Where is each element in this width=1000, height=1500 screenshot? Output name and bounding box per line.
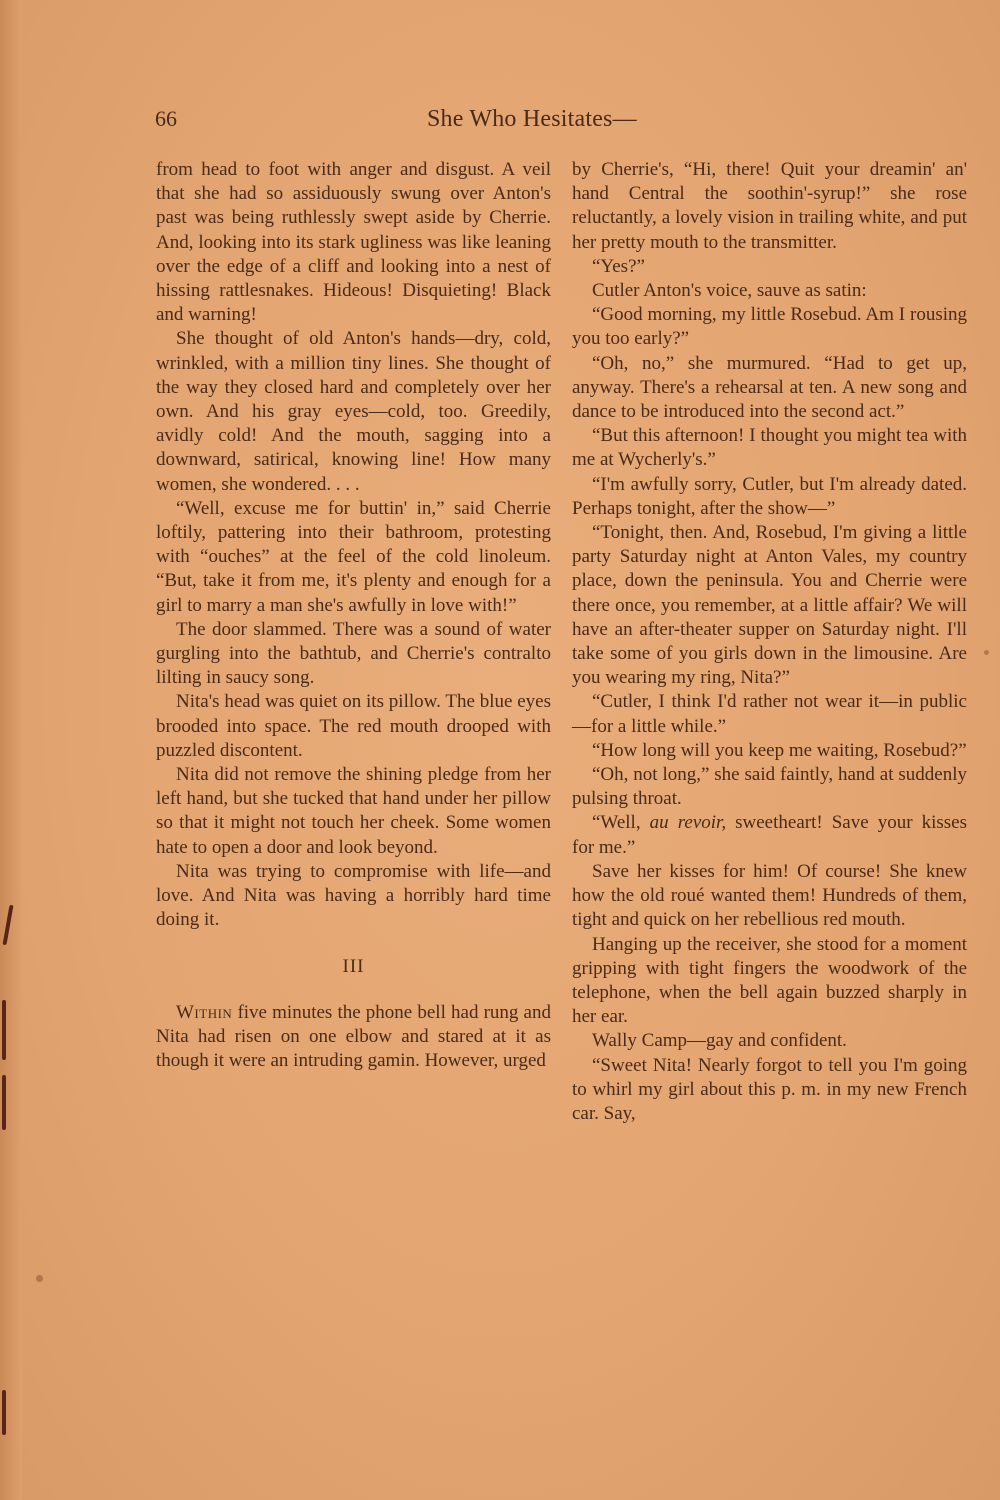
paragraph: “Well, excuse me for buttin' in,” said C…: [156, 497, 551, 618]
paragraph: “How long will you keep me waiting, Rose…: [572, 739, 967, 763]
binding-mark: [2, 905, 13, 945]
paragraph: “Oh, not long,” she said faintly, hand a…: [572, 763, 967, 811]
running-title: She Who Hesitates—: [427, 106, 637, 133]
binding-gutter: [0, 0, 22, 1500]
paragraph: “Tonight, then. And, Rosebud, I'm giving…: [572, 521, 967, 690]
smallcaps-lead-word: Within: [176, 1002, 232, 1023]
paragraph: “I'm awfully sorry, Cutler, but I'm alre…: [572, 473, 967, 521]
paragraph: Wally Camp—gay and confident.: [572, 1029, 967, 1053]
paragraph: “Sweet Nita! Nearly forgot to tell you I…: [572, 1054, 967, 1127]
paragraph: She thought of old Anton's hands—dry, co…: [156, 327, 551, 496]
paper-speck: [984, 650, 989, 655]
section-heading: III: [156, 955, 551, 979]
paragraph: Nita was trying to compromise with life—…: [156, 860, 551, 933]
left-column: from head to foot with anger and disgust…: [156, 158, 551, 1073]
paragraph: “But this afternoon! I thought you might…: [572, 424, 967, 472]
paragraph: Save her kisses for him! Of course! She …: [572, 860, 967, 933]
paragraph: The door slammed. There was a sound of w…: [156, 618, 551, 691]
binding-mark: [2, 1075, 6, 1130]
paragraph: Cutler Anton's voice, sauve as satin:: [572, 279, 967, 303]
paragraph: Nita's head was quiet on its pillow. The…: [156, 690, 551, 763]
paragraph: Nita did not remove the shining pledge f…: [156, 763, 551, 860]
binding-mark: [2, 1000, 6, 1060]
au-revoir-paragraph: “Well, au revoir, sweetheart! Save your …: [572, 811, 967, 859]
paragraph: “Cutler, I think I'd rather not wear it—…: [572, 690, 967, 738]
paragraph: “Yes?”: [572, 255, 967, 279]
page-number: 66: [155, 106, 177, 132]
page-header: 66 She Who Hesitates—: [155, 106, 965, 140]
italic-phrase: au revoir,: [650, 812, 726, 833]
paragraph: “Good morning, my little Rosebud. Am I r…: [572, 303, 967, 351]
right-column: by Cherrie's, “Hi, there! Quit your drea…: [572, 158, 967, 1126]
paragraph: by Cherrie's, “Hi, there! Quit your drea…: [572, 158, 967, 255]
paragraph-text: “Well,: [592, 812, 650, 833]
binding-mark: [2, 1390, 6, 1435]
paper-speck: [36, 1275, 43, 1282]
section-opening-paragraph: Within five minutes the phone bell had r…: [156, 1001, 551, 1074]
paragraph: “Oh, no,” she murmured. “Had to get up, …: [572, 352, 967, 425]
paragraph: from head to foot with anger and disgust…: [156, 158, 551, 327]
paragraph: Hanging up the receiver, she stood for a…: [572, 933, 967, 1030]
